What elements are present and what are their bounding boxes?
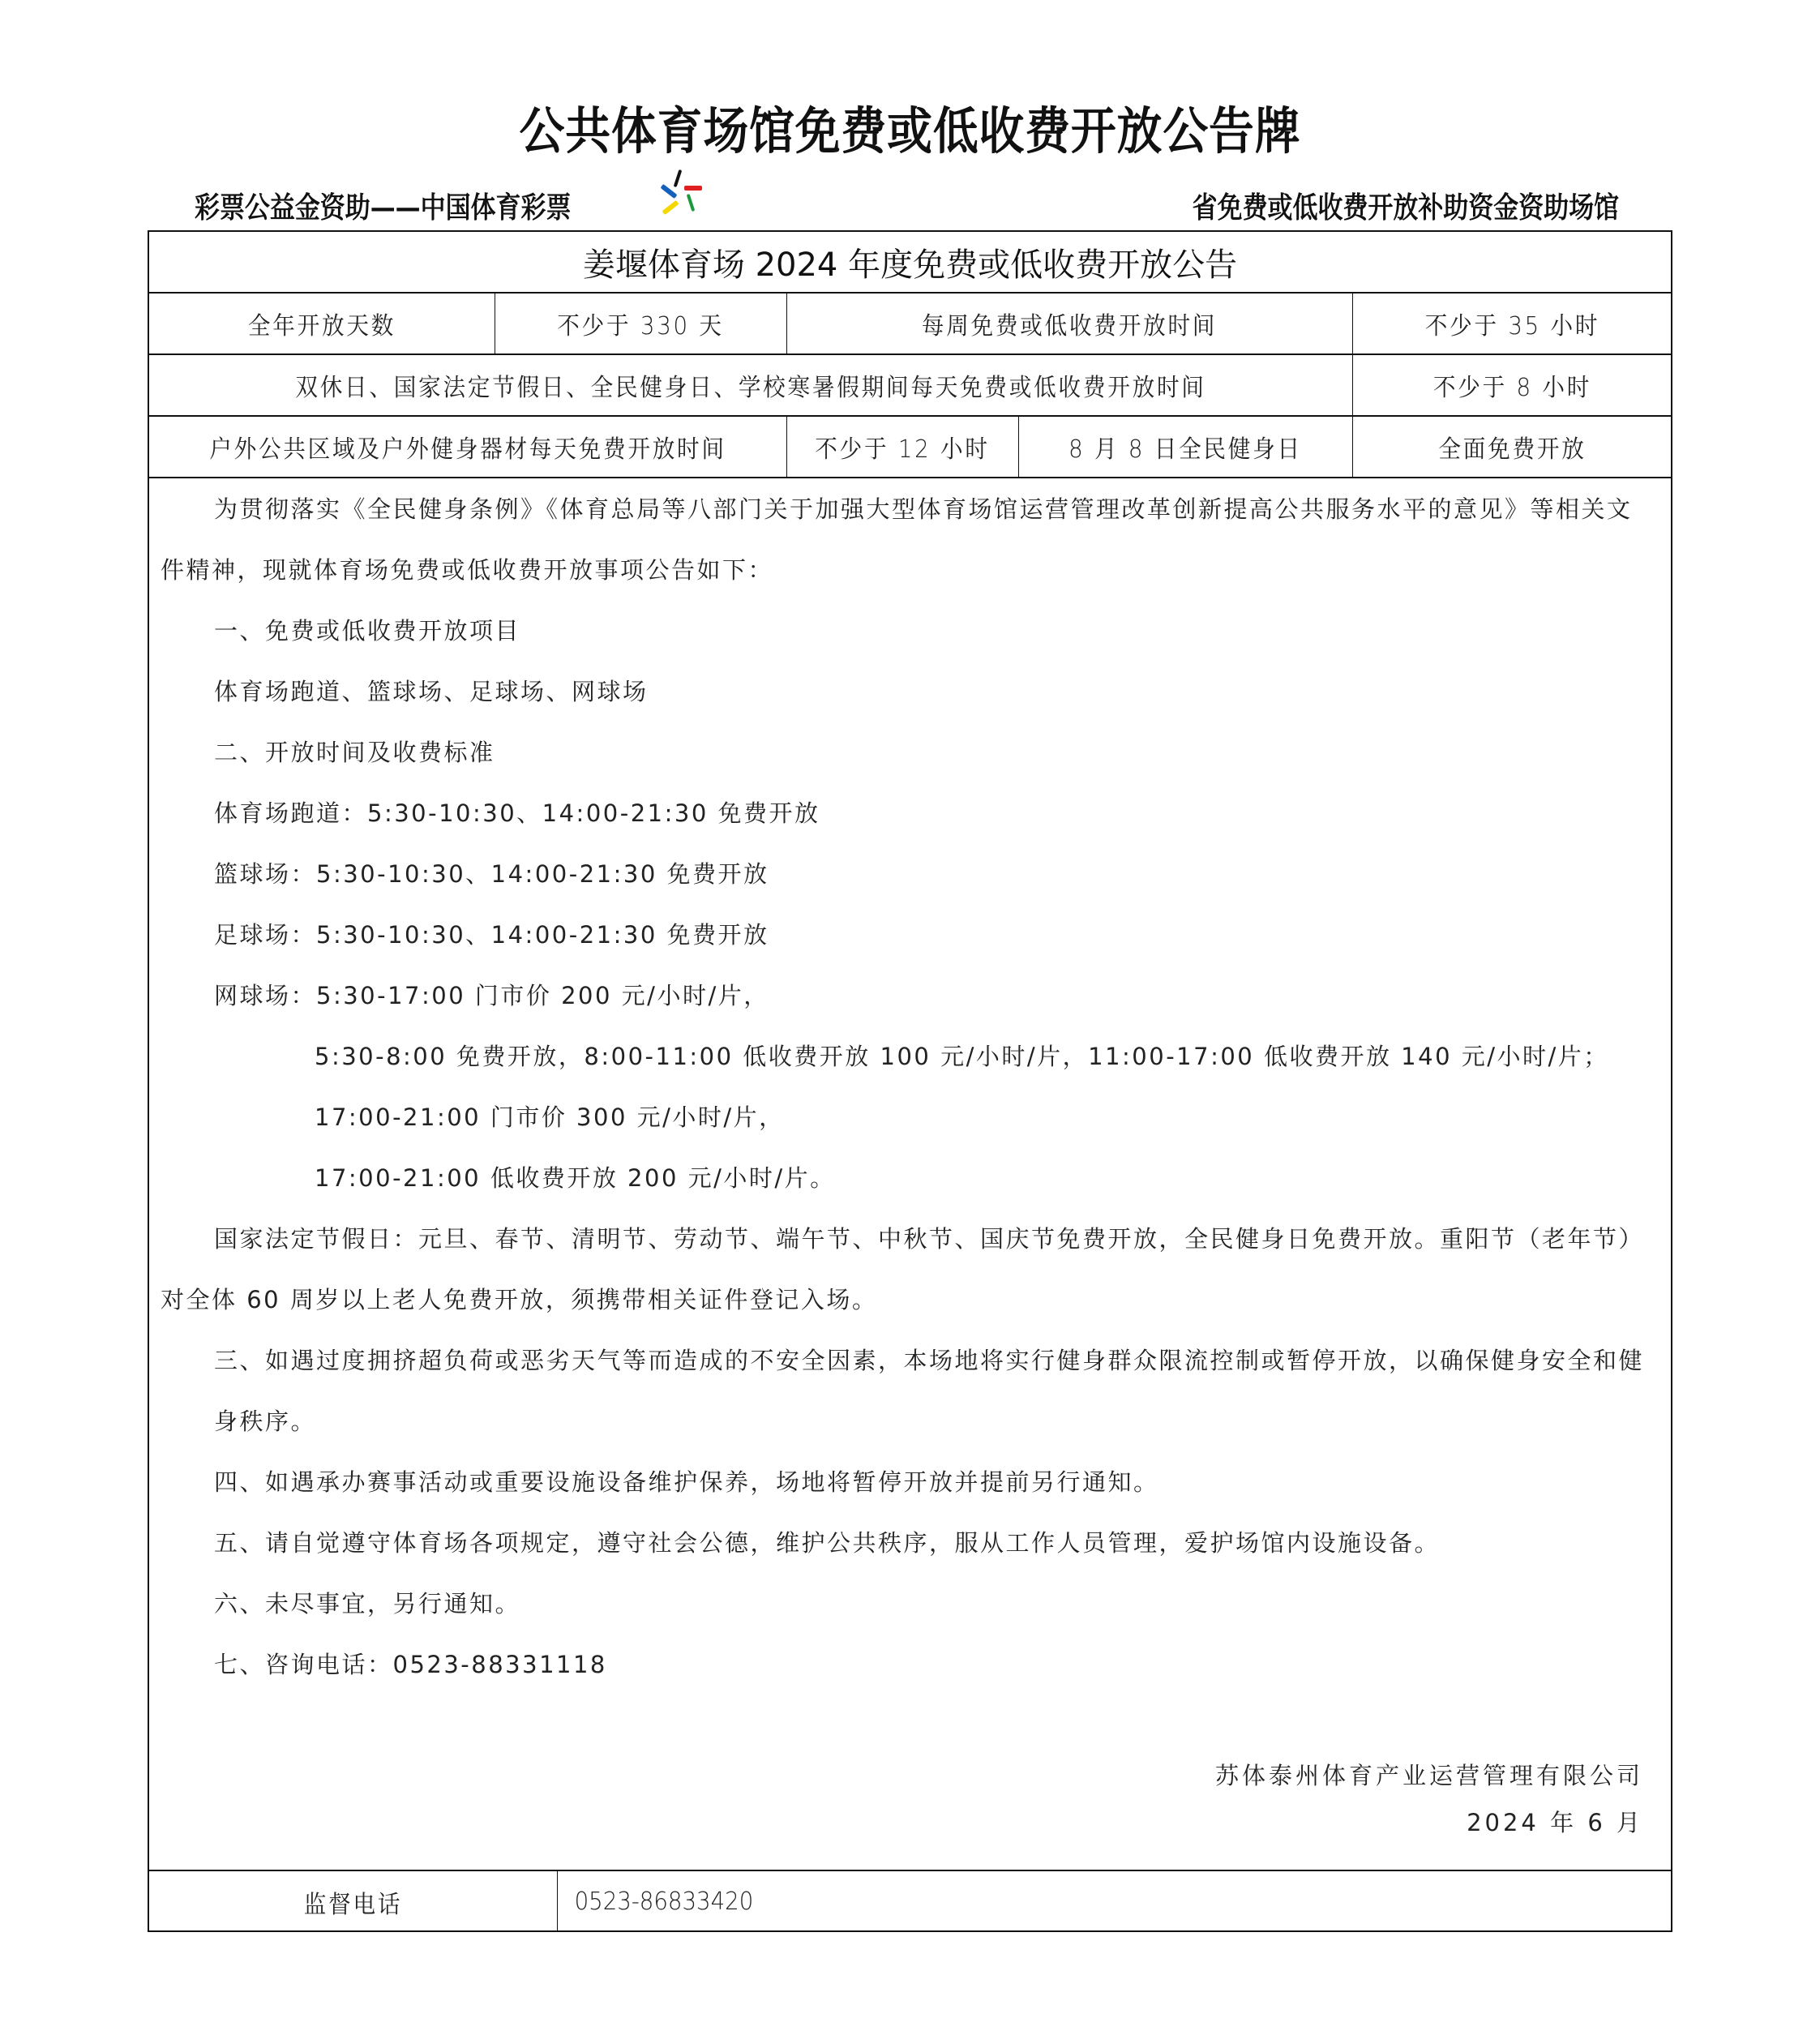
divider <box>1352 294 1353 477</box>
tennis-hours: 网球场：5:30-17:00 门市价 200 元/小时/片， <box>214 978 769 1011</box>
divider <box>1018 417 1019 477</box>
divider <box>786 417 787 477</box>
section-heading-2: 二、开放时间及收费标准 <box>214 735 495 768</box>
section-3-cont: 身秩序。 <box>214 1403 316 1437</box>
holiday-open-hours-label: 双休日、国家法定节假日、全民健身日、学校寒暑假期间每天免费或低收费开放时间 <box>197 355 1304 415</box>
annual-open-days-value: 不少于 330 天 <box>506 294 774 353</box>
holiday-paragraph: 国家法定节假日：元旦、春节、清明节、劳动节、端午节、中秋节、国庆节免费开放，全民… <box>214 1221 1644 1254</box>
weekly-open-hours-value: 不少于 35 小时 <box>1365 294 1659 353</box>
lottery-funding-subtitle: 彩票公益金资助——中国体育彩票 <box>195 185 571 226</box>
section-5: 五、请自觉遵守体育场各项规定，遵守社会公德，维护公共秩序，服从工作人员管理，爱护… <box>214 1525 1440 1558</box>
fitness-day-value: 全面免费开放 <box>1365 417 1659 477</box>
notice-table: 姜堰体育场 2024 年度免费或低收费开放公告 全年开放天数 不少于 330 天… <box>148 230 1672 1932</box>
tennis-pricing-3: 17:00-21:00 低收费开放 200 元/小时/片。 <box>315 1160 836 1193</box>
divider <box>495 294 495 353</box>
track-hours: 体育场跑道：5:30-10:30、14:00-21:30 免费开放 <box>214 795 820 829</box>
fitness-day-label: 8 月 8 日全民健身日 <box>1031 417 1338 477</box>
divider <box>557 1871 558 1932</box>
company-signature: 苏体泰州体育产业运营管理有限公司 <box>1215 1758 1643 1791</box>
notice-title: 姜堰体育场 2024 年度免费或低收费开放公告 <box>149 232 1671 292</box>
outdoor-open-hours-label: 户外公共区域及户外健身器材每天免费开放时间 <box>174 417 760 477</box>
divider <box>786 294 787 353</box>
holiday-open-hours-value: 不少于 8 小时 <box>1365 355 1659 415</box>
tennis-pricing-2: 17:00-21:00 门市价 300 元/小时/片， <box>315 1099 785 1133</box>
section-6: 六、未尽事宜，另行通知。 <box>214 1586 520 1619</box>
signature-date: 2024 年 6 月 <box>1467 1805 1643 1838</box>
tennis-pricing-1: 5:30-8:00 免费开放，8:00-11:00 低收费开放 100 元/小时… <box>315 1039 1609 1072</box>
consult-phone: 七、咨询电话：0523-88331118 <box>214 1647 607 1680</box>
section-3: 三、如遇过度拥挤超负荷或恶劣天气等而造成的不安全因素，本场地将实行健身群众限流控… <box>214 1343 1644 1376</box>
intro-paragraph: 为贯彻落实《全民健身条例》《体育总局等八部门关于加强大型体育场馆运营管理改革创新… <box>214 491 1633 525</box>
section-heading-1: 一、免费或低收费开放项目 <box>214 613 520 646</box>
weekly-open-hours-label: 每周免费或低收费开放时间 <box>809 294 1330 353</box>
holiday-paragraph-cont: 对全体 60 周岁以上老人免费开放，须携带相关证件登记入场。 <box>161 1282 877 1315</box>
annual-open-days-label: 全年开放天数 <box>163 294 481 353</box>
section-4: 四、如遇承办赛事活动或重要设施设备维护保养，场地将暂停开放并提前另行通知。 <box>214 1464 1159 1498</box>
supervision-phone-value: 0523-86833420 <box>575 1871 754 1932</box>
china-sports-lottery-logo-icon <box>658 166 707 215</box>
page-title: 公共体育场馆免费或低收费开放公告牌 <box>91 91 1729 163</box>
provincial-subsidy-subtitle: 省免费或低收费开放补助资金资助场馆 <box>1193 185 1619 226</box>
intro-paragraph-cont: 件精神，现就体育场免费或低收费开放事项公告如下： <box>161 552 773 585</box>
divider <box>149 477 1671 478</box>
football-hours: 足球场：5:30-10:30、14:00-21:30 免费开放 <box>214 917 769 950</box>
outdoor-open-hours-value: 不少于 12 小时 <box>795 417 1008 477</box>
venue-list: 体育场跑道、篮球场、足球场、网球场 <box>214 674 649 707</box>
supervision-phone-label: 监督电话 <box>165 1871 541 1932</box>
basketball-hours: 篮球场：5:30-10:30、14:00-21:30 免费开放 <box>214 856 769 889</box>
